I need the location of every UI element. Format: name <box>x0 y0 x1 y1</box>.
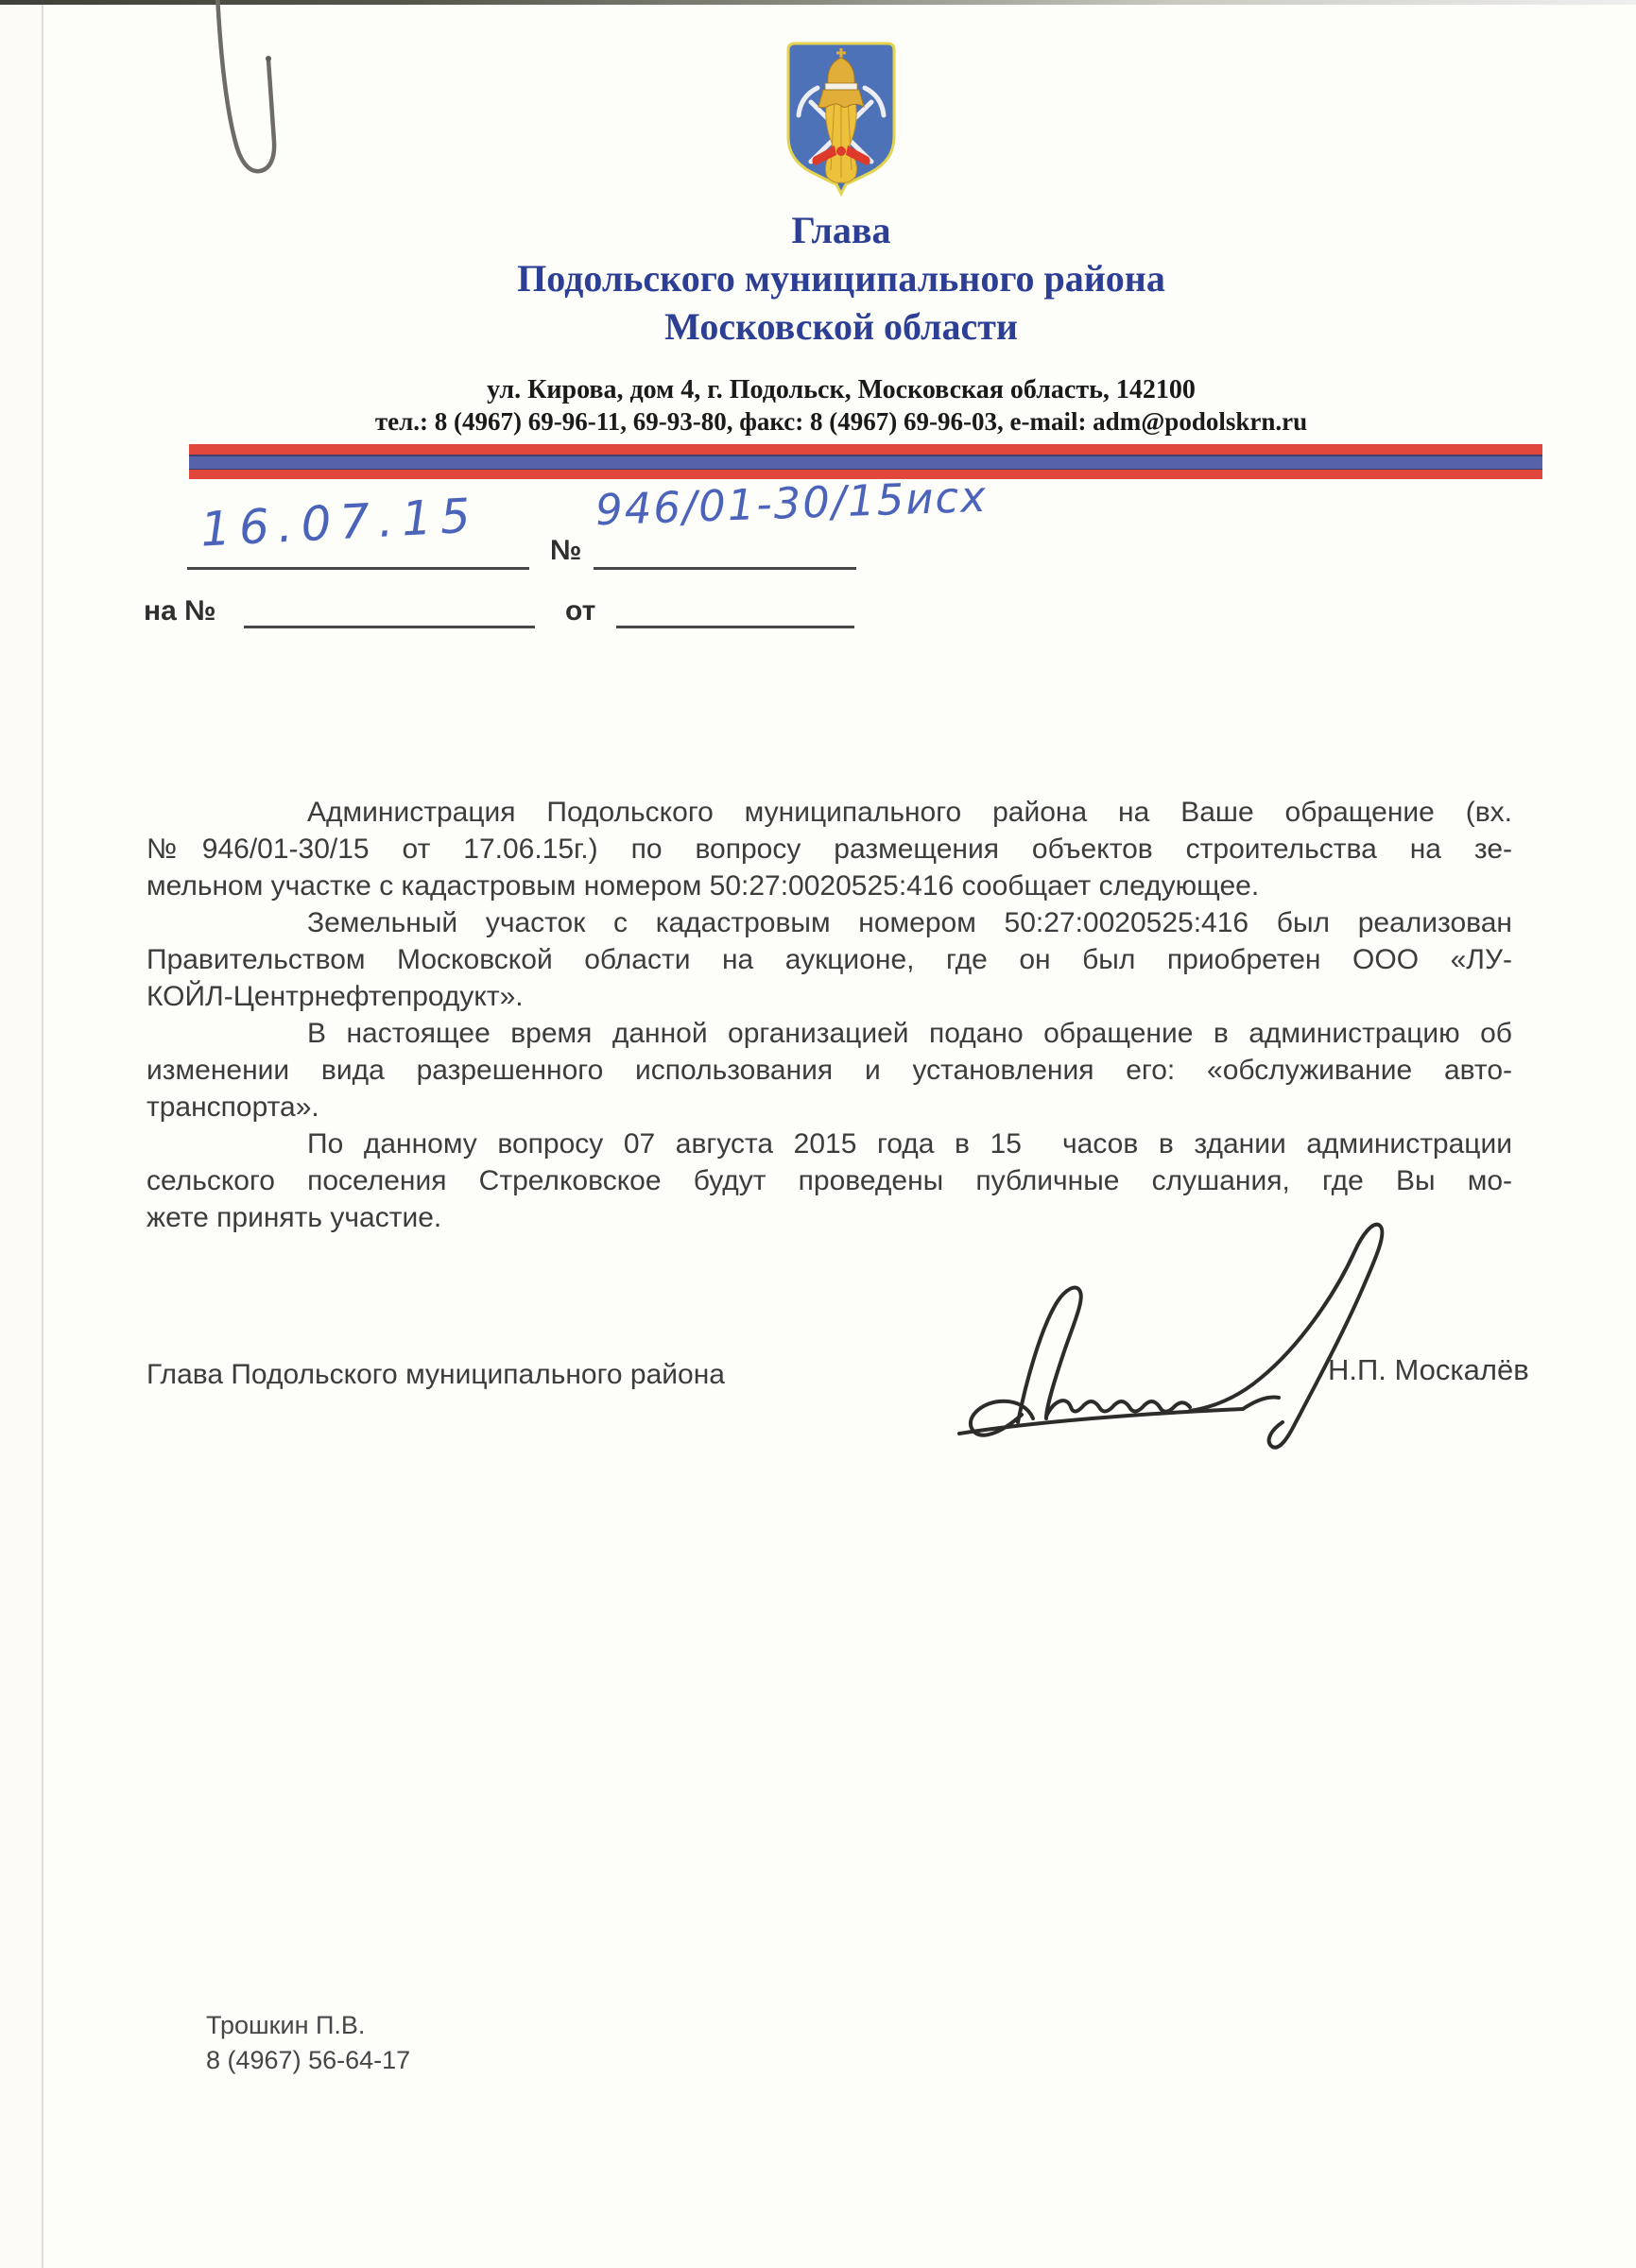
body-line: транспорта». <box>146 1089 1512 1125</box>
page-left-edge <box>42 5 43 2268</box>
body-line: Администрация Подольского муниципального… <box>146 794 1512 831</box>
reply-from-label: от <box>565 595 595 627</box>
org-address-line: ул. Кирова, дом 4, г. Подольск, Московск… <box>142 375 1541 405</box>
body-line: мельном участке с кадастровым номером 50… <box>146 868 1512 904</box>
scanned-letter-page: { "letterhead": { "org_line1": "Глава", … <box>0 0 1636 2268</box>
body-line: Правительством Московской области на аук… <box>146 941 1512 978</box>
podolsk-district-coat-of-arms <box>780 40 903 198</box>
org-title-line3: Московской области <box>142 304 1541 349</box>
reply-date-underline <box>616 626 854 628</box>
paperclip-icon <box>192 0 296 189</box>
org-title-line1: Глава <box>142 208 1541 252</box>
body-line: №946/01-30/15 от 17.06.15г.) по вопросу … <box>146 831 1512 868</box>
reply-to-label: на № <box>144 595 216 627</box>
executor-phone: 8 (4967) 56-64-17 <box>206 2046 410 2075</box>
body-line: сельского поселения Стрелковское будут п… <box>146 1162 1512 1199</box>
outgoing-date-handwritten: 16.07.15 <box>199 488 480 557</box>
flag-stripe-red-top <box>189 444 1542 455</box>
body-line: В настоящее время данной организацией по… <box>146 1015 1512 1052</box>
scan-left-margin <box>0 5 42 2268</box>
handwritten-signature <box>931 1214 1517 1488</box>
flag-stripe-blue <box>189 456 1542 469</box>
signoff-position-title: Глава Подольского муниципального района <box>146 1359 725 1391</box>
number-label: № <box>550 535 581 567</box>
executor-name: Трошкин П.В. <box>206 2011 365 2040</box>
date-underline <box>187 567 529 570</box>
flag-divider-bar <box>189 444 1542 479</box>
body-line: КОЙЛ-Центрнефтепродукт». <box>146 978 1512 1015</box>
number-underline <box>594 567 856 570</box>
org-title-line2: Подольского муниципального района <box>142 256 1541 301</box>
body-line: изменении вида разрешенного использовани… <box>146 1052 1512 1089</box>
body-line: По данному вопросу 07 августа 2015 года … <box>146 1125 1512 1162</box>
reply-number-underline <box>244 626 535 628</box>
signoff-name: Н.П. Москалёв <box>1328 1353 1529 1387</box>
org-contacts-line: тел.: 8 (4967) 69-96-11, 69-93-80, факс:… <box>142 407 1541 437</box>
outgoing-number-handwritten: 946/01-30/15исх <box>594 472 988 535</box>
letter-body: Администрация Подольского муниципального… <box>146 794 1512 1236</box>
body-line: Земельный участок с кадастровым номером … <box>146 904 1512 941</box>
